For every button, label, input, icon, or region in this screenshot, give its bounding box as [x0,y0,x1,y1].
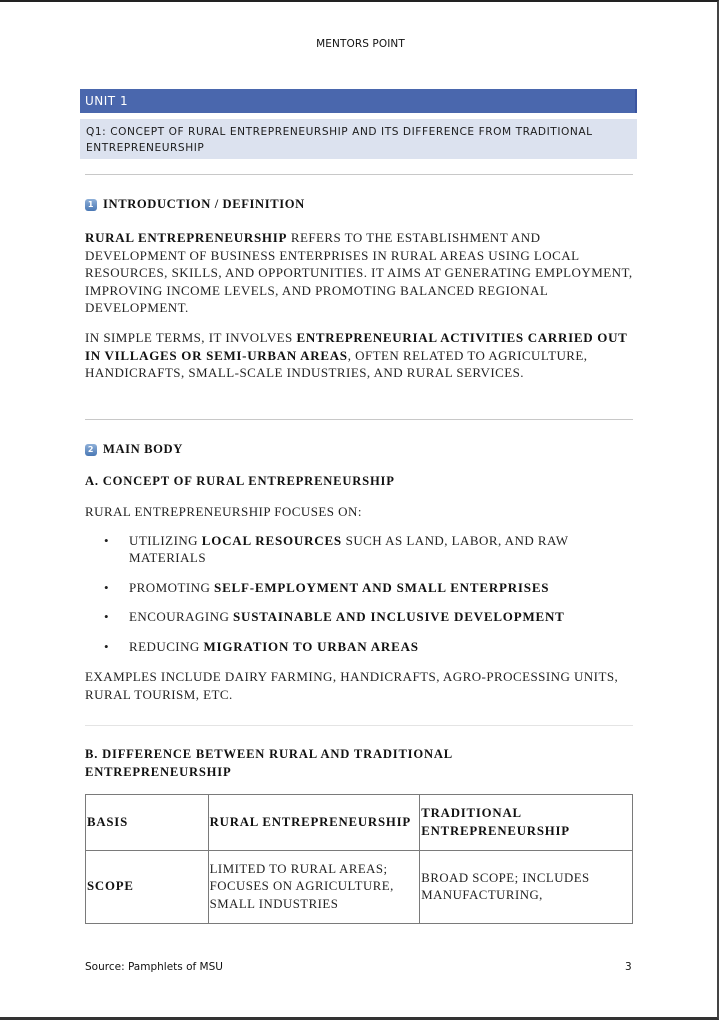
divider [85,725,633,726]
page-number: 3 [625,961,632,973]
list-item: •REDUCING MIGRATION TO URBAN AREAS [85,638,625,655]
question-banner: Q1: CONCEPT OF RURAL ENTREPRENEURSHIP AN… [80,119,637,159]
number-one-icon: 1 [85,199,97,211]
row-cell-basis: SCOPE [86,851,209,924]
item-bold: SELF-EMPLOYMENT AND SMALL ENTERPRISES [214,580,549,595]
header-cell-basis: BASIS [86,795,209,851]
item-bold: LOCAL RESOURCES [202,533,342,548]
section-a-heading: A. CONCEPT OF RURAL ENTREPRENEURSHIP [85,473,395,491]
header-cell-traditional: TRADITIONAL ENTREPRENEURSHIP [420,795,633,851]
main-body-heading-text: MAIN BODY [103,442,183,457]
number-two-icon: 2 [85,444,97,456]
bullet-icon: • [104,608,109,625]
divider [85,419,633,420]
item-bold: MIGRATION TO URBAN AREAS [203,639,418,654]
intro-p2-pre: IN SIMPLE TERMS, IT INVOLVES [85,330,296,345]
section-a-lead: RURAL ENTREPRENEURSHIP FOCUSES ON: [85,503,637,521]
divider [85,174,633,175]
intro-paragraph-2: IN SIMPLE TERMS, IT INVOLVES ENTREPRENEU… [85,329,637,382]
row-cell-rural: LIMITED TO RURAL AREAS; FOCUSES ON AGRIC… [208,851,420,924]
row-cell-traditional: BROAD SCOPE; INCLUDES MANUFACTURING, [420,851,633,924]
table-row: SCOPE LIMITED TO RURAL AREAS; FOCUSES ON… [86,851,633,924]
table-header-row: BASIS RURAL ENTREPRENEURSHIP TRADITIONAL… [86,795,633,851]
footer-source: Source: Pamphlets of MSU [85,961,223,973]
examples-paragraph: EXAMPLES INCLUDE DAIRY FARMING, HANDICRA… [85,668,625,703]
item-text: ENCOURAGING [129,609,233,624]
item-text: PROMOTING [129,580,214,595]
header-cell-rural: RURAL ENTREPRENEURSHIP [208,795,420,851]
intro-heading-text: INTRODUCTION / DEFINITION [103,197,305,212]
comparison-table: BASIS RURAL ENTREPRENEURSHIP TRADITIONAL… [85,794,633,924]
list-item: •ENCOURAGING SUSTAINABLE AND INCLUSIVE D… [85,608,625,625]
intro-paragraph-1: RURAL ENTREPRENEURSHIP REFERS TO THE EST… [85,229,637,317]
item-text: UTILIZING [129,533,202,548]
section-b-heading: B. DIFFERENCE BETWEEN RURAL AND TRADITIO… [85,746,505,781]
item-text: REDUCING [129,639,203,654]
list-item: •PROMOTING SELF-EMPLOYMENT AND SMALL ENT… [85,579,625,596]
list-item: •UTILIZING LOCAL RESOURCES SUCH AS LAND,… [85,532,625,566]
intro-heading: 1 INTRODUCTION / DEFINITION [85,197,305,212]
unit-banner: UNIT 1 [80,89,637,113]
bullet-icon: • [104,532,109,549]
main-body-heading: 2 MAIN BODY [85,442,183,457]
bullet-icon: • [104,579,109,596]
item-bold: SUSTAINABLE AND INCLUSIVE DEVELOPMENT [233,609,565,624]
page-header-title: MENTORS POINT [0,38,721,50]
intro-term: RURAL ENTREPRENEURSHIP [85,230,287,245]
bullet-icon: • [104,638,109,655]
focus-list: •UTILIZING LOCAL RESOURCES SUCH AS LAND,… [85,532,625,667]
